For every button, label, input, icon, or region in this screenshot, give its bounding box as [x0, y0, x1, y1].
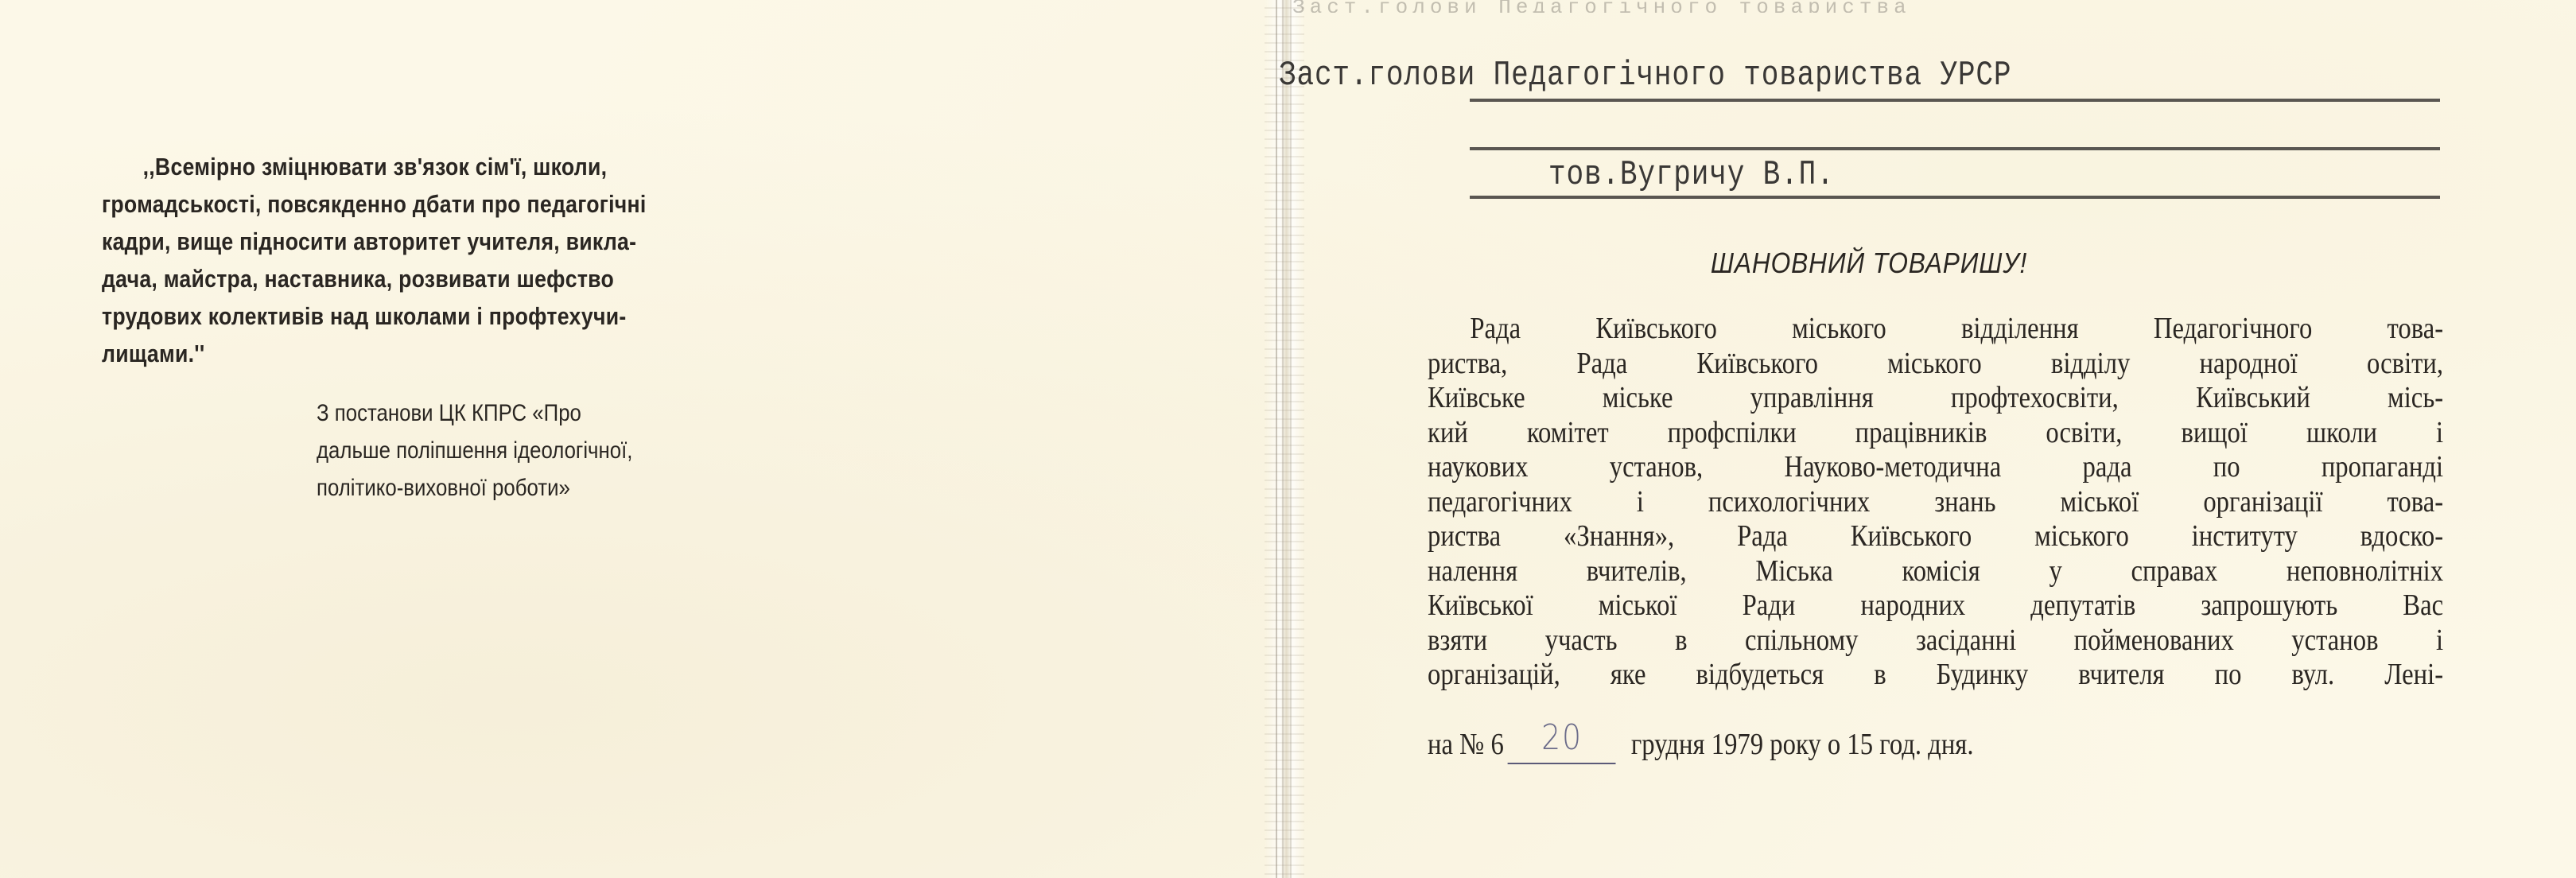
- bleed-through-text: Заст.голови Педагогічного товариства: [1292, 0, 2167, 13]
- body-line: Рада Київського міського відділення Педа…: [1428, 312, 2443, 347]
- body-line: Київське міське управління профтехосвіти…: [1428, 381, 2443, 416]
- date-text: грудня 1979 року о 15 год. дня.: [1631, 728, 1974, 761]
- quote-line: дача, майстра, наставника, розвивати шеф…: [102, 260, 787, 297]
- fold-line: [1282, 0, 1284, 878]
- invitation-body: Рада Київського міського відділення Педа…: [1428, 312, 2443, 693]
- quote-line: громадськості, повсякденно дбати про пед…: [102, 185, 787, 223]
- body-line: риства, Рада Київського міського відділу…: [1428, 347, 2443, 382]
- meeting-date-line: на № 620грудня 1979 року о 15 год. дня.: [1428, 722, 1974, 764]
- source-line: політико-виховної роботи»: [317, 469, 782, 507]
- address-underline-3: [1470, 196, 2440, 199]
- addressee-name: тов.Вугричу В.П.: [1548, 155, 1835, 195]
- handwritten-day: 20: [1541, 717, 1583, 758]
- party-quote: ,,Всемірно зміцнювати зв'язок сім'ї, шко…: [102, 148, 787, 372]
- body-line: взяти участь в спільному засіданні пойме…: [1428, 624, 2443, 658]
- body-line: кий комітет профспілки працівників освіт…: [1428, 416, 2443, 451]
- salutation: ШАНОВНИЙ ТОВАРИШУ!: [1624, 247, 2114, 280]
- body-line: педагогічних і психологічних знань міськ…: [1428, 485, 2443, 520]
- address-number: на № 6: [1428, 728, 1504, 761]
- source-line: З постанови ЦК КПРС «Про: [317, 394, 782, 432]
- body-line: наукових установ, Науково-методична рада…: [1428, 450, 2443, 485]
- quote-line: ,,Всемірно зміцнювати зв'язок сім'ї, шко…: [102, 148, 787, 185]
- fold-line: [1276, 0, 1277, 878]
- date-blank: 20: [1508, 722, 1616, 764]
- body-line: риства «Знання», Рада Київського міськог…: [1428, 519, 2443, 554]
- source-line: дальше поліпшення ідеологічної,: [317, 432, 782, 469]
- address-underline-2: [1470, 147, 2440, 150]
- body-line: організацій, яке відбудеться в Будинку в…: [1428, 658, 2443, 693]
- body-line: налення вчителів, Міська комісія у справ…: [1428, 554, 2443, 589]
- quote-line: трудових колективів над школами і профте…: [102, 297, 787, 335]
- quote-source: З постанови ЦК КПРС «Про дальше поліпшен…: [317, 394, 782, 507]
- fold-line: [1290, 0, 1292, 878]
- address-underline-1: [1470, 99, 2440, 102]
- page-fold-crease: [1265, 0, 1304, 878]
- quote-line: лищами.'': [102, 335, 787, 372]
- quote-line: кадри, вище підносити авторитет учителя,…: [102, 223, 787, 260]
- body-line: Київської міської Ради народних депутаті…: [1428, 589, 2443, 624]
- addressee-title: Заст.голови Педагогічного товариства УРС…: [1279, 56, 2011, 95]
